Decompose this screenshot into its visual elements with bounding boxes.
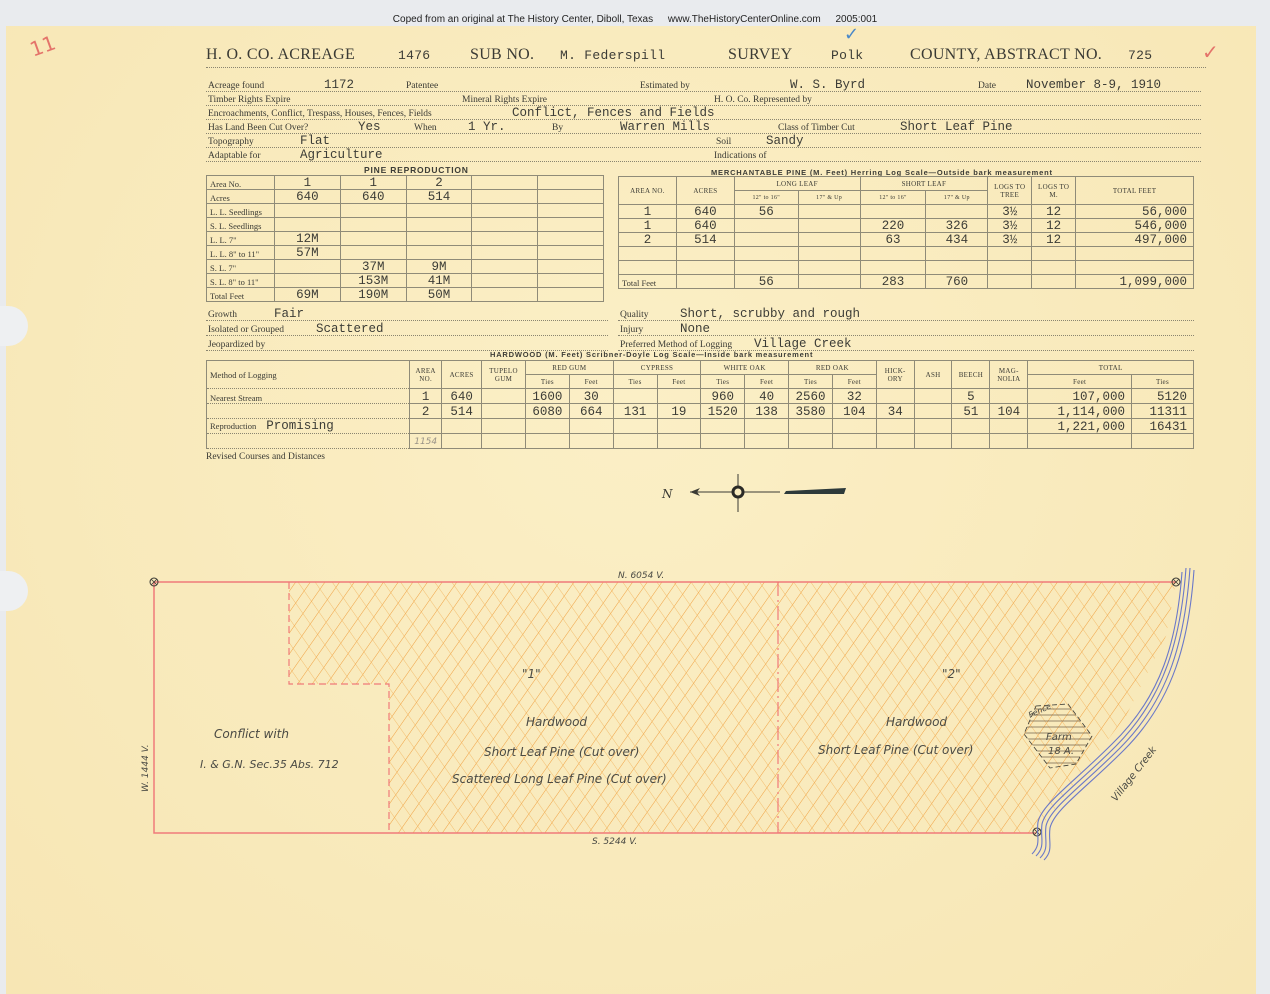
sub-no-label: SUB NO. — [470, 46, 534, 64]
cell-value — [538, 274, 604, 288]
date-label: Date — [978, 81, 996, 91]
cell-cy-feet — [657, 419, 701, 434]
injury-label: Injury — [620, 325, 643, 335]
cell-cy-feet — [657, 434, 701, 449]
cell-value — [472, 232, 538, 246]
cell-value: 50M — [406, 288, 472, 302]
pine-reproduction-table: Area No.112Acres640640514L. L. Seedlings… — [206, 175, 604, 302]
cell-magnolia — [990, 434, 1028, 449]
hw-col-tupelo-gum: TUPELO GUM — [482, 361, 526, 389]
cell-hickory — [876, 419, 914, 434]
cell-cy-ties — [613, 419, 657, 434]
cut-over-label: Has Land Been Cut Over? — [208, 123, 308, 133]
cell-value — [406, 232, 472, 246]
indications-of-label: Indications of — [714, 151, 767, 161]
cell-value — [274, 274, 340, 288]
cell-sl-12-16 — [860, 205, 926, 219]
hardwood-row: ReproductionPromising1,221,00016431 — [207, 419, 1194, 434]
binder-hole — [0, 306, 28, 346]
soil-value: Sandy — [766, 134, 804, 148]
cell-ll-12-16 — [734, 219, 798, 233]
cell-ll-12-16: 56 — [734, 205, 798, 219]
cell-area: 1 — [619, 205, 677, 219]
grand-total-feet: 1,099,000 — [1076, 275, 1194, 289]
cell-ro-ties: 3580 — [789, 404, 833, 419]
cell-wo-feet: 40 — [745, 389, 789, 404]
hw-sub-total-feet: Feet — [1028, 375, 1132, 389]
col-logs-to-tree: LOGS TO TREE — [988, 177, 1032, 205]
col-logs-to-m: LOGS TO M. — [1032, 177, 1076, 205]
row-cut-over: Has Land Been Cut Over? Yes When 1 Yr. B… — [206, 120, 1201, 134]
row-label: L. L. 7" — [207, 232, 275, 246]
cell-ll-12-16 — [734, 247, 798, 261]
row-label: S. L. 8" to 11" — [207, 274, 275, 288]
cell-logs-to-m: 12 — [1032, 205, 1076, 219]
cell-total: 546,000 — [1076, 219, 1194, 233]
pine-repro-row: L. L. 7"12M — [207, 232, 604, 246]
cell-value: 57M — [274, 246, 340, 260]
farm-label: Farm — [1046, 732, 1072, 743]
class-timber-cut-value: Short Leaf Pine — [900, 120, 1013, 134]
cell-ll-17-up — [798, 247, 860, 261]
row-preferred-logging: Preferred Method of Logging Village Cree… — [618, 337, 1194, 351]
mineral-rights-label: Mineral Rights Expire — [462, 95, 547, 105]
cell-cy-ties: 131 — [613, 404, 657, 419]
cell-total — [1076, 261, 1194, 275]
cell-beech — [952, 419, 990, 434]
cell-rg-feet — [569, 434, 613, 449]
cell-value: 640 — [340, 190, 406, 204]
pine-repro-row: Area No.112 — [207, 176, 604, 190]
area2-label: "2" — [942, 667, 961, 681]
cell-area — [619, 247, 677, 261]
cell-cy-ties — [613, 434, 657, 449]
col-ll-17-up: 17" & Up — [798, 191, 860, 205]
hardwood-title: HARDWOOD (M. Feet) Scribner-Doyle Log Sc… — [490, 350, 813, 359]
cell-value: 12M — [274, 232, 340, 246]
cell-value: 9M — [406, 260, 472, 274]
cell-value — [538, 260, 604, 274]
cell-acres — [442, 434, 482, 449]
cell-value — [274, 204, 340, 218]
hw-sub-feet: Feet — [832, 375, 876, 389]
total-sl-12-16: 283 — [860, 275, 926, 289]
cell-acres: 640 — [676, 219, 734, 233]
cell-cy-ties — [613, 389, 657, 404]
row-label: S. L. 7" — [207, 260, 275, 274]
cell-wo-feet — [745, 419, 789, 434]
cell-sl-17-up: 434 — [926, 233, 988, 247]
estimated-by-value: W. S. Byrd — [790, 78, 865, 92]
cell-sl-17-up — [926, 247, 988, 261]
blue-check-icon: ✓ — [844, 24, 859, 45]
method-of-logging-label: Method of Logging — [207, 361, 410, 389]
col-total-feet: TOTAL FEET — [1076, 177, 1194, 205]
cell-tupelo — [482, 419, 526, 434]
acreage-found-label: Acreage found — [208, 81, 264, 91]
cell-ro-ties — [789, 434, 833, 449]
cell-area: 2 — [410, 404, 442, 419]
row-jeopardized: Jeopardized by — [206, 337, 608, 351]
cell-area — [410, 419, 442, 434]
merchantable-pine-table: AREA NO. ACRES LONG LEAF SHORT LEAF LOGS… — [618, 176, 1194, 289]
cell-value — [472, 190, 538, 204]
cell-value — [274, 260, 340, 274]
cell-total: 497,000 — [1076, 233, 1194, 247]
cell-logs-to-tree: 3½ — [988, 219, 1032, 233]
cell-sl-12-16 — [860, 247, 926, 261]
row-topography: Topography Flat Soil Sandy — [206, 134, 1201, 148]
hw-sub-feet: Feet — [745, 375, 789, 389]
cell-hickory — [876, 389, 914, 404]
growth-label: Growth — [208, 310, 237, 320]
row-label: Total Feet — [207, 288, 275, 302]
row-label: L. L. 8" to 11" — [207, 246, 275, 260]
plat-map: N. 6054 V. S. 5244 V. W. 1444 V. Conflic… — [6, 556, 1256, 876]
cell-ll-12-16 — [734, 261, 798, 275]
preferred-logging-label: Preferred Method of Logging — [620, 340, 732, 350]
hardwood-left-label — [207, 404, 410, 419]
hardwood-table: Method of Logging AREA NO. ACRES TUPELO … — [206, 360, 1194, 449]
cell-beech: 51 — [952, 404, 990, 419]
caption-source: Coped from an original at The History Ce… — [393, 14, 653, 25]
cell-total — [1076, 247, 1194, 261]
col-sl-17-up: 17" & Up — [926, 191, 988, 205]
quality-value: Short, scrubby and rough — [680, 307, 860, 321]
merchantable-row — [619, 247, 1194, 261]
cell-ll-12-16 — [734, 233, 798, 247]
cell-value — [472, 260, 538, 274]
cell-ro-ties — [789, 419, 833, 434]
row-injury: Injury None — [618, 322, 1194, 336]
hw-col-red-oak: RED OAK — [789, 361, 877, 375]
cell-logs-to-m: 12 — [1032, 233, 1076, 247]
cell-ash — [914, 389, 952, 404]
cell-value — [340, 232, 406, 246]
cell-ro-feet: 32 — [832, 389, 876, 404]
cell-value — [406, 204, 472, 218]
cell-ll-17-up — [798, 261, 860, 275]
cell-value: 2 — [406, 176, 472, 190]
hw-sub-feet: Feet — [657, 375, 701, 389]
row-acreage-found: Acreage found 1172 Patentee Estimated by… — [206, 78, 1201, 92]
cell-empty — [1032, 275, 1076, 289]
north-side-label: N. 6054 V. — [618, 571, 664, 581]
cell-wo-ties — [701, 434, 745, 449]
row-label: Acres — [207, 190, 275, 204]
row-rights: Timber Rights Expire Mineral Rights Expi… — [206, 92, 1201, 106]
injury-value: None — [680, 322, 710, 336]
cell-value — [538, 288, 604, 302]
row-isolated: Isolated or Grouped Scattered — [206, 322, 608, 336]
encroachments-value: Conflict, Fences and Fields — [512, 106, 715, 120]
cell-value — [538, 176, 604, 190]
hw-col-area-no: AREA NO. — [410, 361, 442, 389]
cell-value — [538, 232, 604, 246]
encroachments-label: Encroachments, Conflict, Trespass, House… — [208, 109, 432, 119]
cell-total-feet: 1,114,000 — [1028, 404, 1132, 419]
cell-value: 640 — [274, 190, 340, 204]
reproduction-value: Promising — [266, 419, 334, 433]
cell-logs-to-m: 12 — [1032, 219, 1076, 233]
hardwood-row: 25146080664131191520138358010434511041,1… — [207, 404, 1194, 419]
hw-sub-ties: Ties — [789, 375, 833, 389]
area1-long-leaf: Scattered Long Leaf Pine (Cut over) — [452, 772, 667, 786]
cell-rg-ties — [525, 419, 569, 434]
cell-value — [538, 190, 604, 204]
cell-ro-ties: 2560 — [789, 389, 833, 404]
cell-hickory: 34 — [876, 404, 914, 419]
cell-value: 190M — [340, 288, 406, 302]
date-value: November 8-9, 1910 — [1026, 78, 1161, 92]
cell-value — [406, 246, 472, 260]
timber-rights-label: Timber Rights Expire — [208, 95, 291, 105]
cell-hickory — [876, 434, 914, 449]
cell-sl-12-16 — [860, 261, 926, 275]
hw-col-cypress: CYPRESS — [613, 361, 701, 375]
county-abstract-label: COUNTY, ABSTRACT NO. — [910, 46, 1102, 64]
total-ll-12-16: 56 — [734, 275, 798, 289]
cell-value: 1 — [274, 176, 340, 190]
caption-website: www.TheHistoryCenterOnline.com — [668, 14, 821, 25]
left-label-text: Nearest Stream — [210, 393, 262, 403]
cell-sl-12-16: 220 — [860, 219, 926, 233]
cell-value: 69M — [274, 288, 340, 302]
merchantable-row — [619, 261, 1194, 275]
cell-value — [538, 204, 604, 218]
abstract-no-value: 725 — [1128, 48, 1152, 63]
cell-value — [472, 288, 538, 302]
cell-sl-17-up: 326 — [926, 219, 988, 233]
when-value: 1 Yr. — [468, 120, 506, 134]
topography-label: Topography — [208, 137, 254, 147]
row-quality: Quality Short, scrubby and rough — [618, 307, 1194, 321]
hardwood-row: 1154 — [207, 434, 1194, 449]
hw-col-ash: ASH — [914, 361, 952, 389]
cell-wo-feet — [745, 434, 789, 449]
cell-cy-feet — [657, 389, 701, 404]
pine-repro-row: Acres640640514 — [207, 190, 604, 204]
cell-empty — [676, 275, 734, 289]
cell-rg-feet — [569, 419, 613, 434]
cell-ll-17-up — [798, 219, 860, 233]
row-label: Area No. — [207, 176, 275, 190]
merchantable-row: 1640563½1256,000 — [619, 205, 1194, 219]
cell-tupelo — [482, 434, 526, 449]
cell-rg-ties: 1600 — [525, 389, 569, 404]
hw-col-white-oak: WHITE OAK — [701, 361, 789, 375]
cell-rg-ties: 6080 — [525, 404, 569, 419]
red-margin-mark: 11 — [27, 30, 59, 61]
cell-value: 41M — [406, 274, 472, 288]
cell-logs-to-m — [1032, 247, 1076, 261]
cell-total-ties: 11311 — [1132, 404, 1194, 419]
cell-ash — [914, 419, 952, 434]
cell-area — [619, 261, 677, 275]
cell-total-feet: 107,000 — [1028, 389, 1132, 404]
cell-value — [340, 204, 406, 218]
hardwood-left-label — [207, 434, 410, 449]
cell-value — [472, 176, 538, 190]
cell-area: 1 — [410, 389, 442, 404]
merchantable-row: 2514634343½12497,000 — [619, 233, 1194, 247]
total-sl-17-up: 760 — [926, 275, 988, 289]
cell-acres — [676, 247, 734, 261]
cell-value — [340, 246, 406, 260]
cell-logs-to-tree: 3½ — [988, 233, 1032, 247]
hardwood-row: Nearest Stream1640160030960402560325107,… — [207, 389, 1194, 404]
hw-sub-feet: Feet — [569, 375, 613, 389]
hw-col-hickory: HICK-ORY — [876, 361, 914, 389]
col-sl-12-16: 12" to 16" — [860, 191, 926, 205]
hw-sub-ties: Ties — [613, 375, 657, 389]
survey-label: SURVEY — [728, 46, 793, 64]
cell-acres: 514 — [676, 233, 734, 247]
row-label: L. L. Seedlings — [207, 204, 275, 218]
cell-value — [274, 218, 340, 232]
cell-ro-feet — [832, 419, 876, 434]
conflict-label-2: I. & G.N. Sec.35 Abs. 712 — [200, 758, 339, 771]
cell-value — [472, 246, 538, 260]
pine-repro-row: S. L. 7"37M9M — [207, 260, 604, 274]
cell-value: 1 — [340, 176, 406, 190]
adaptable-for-value: Agriculture — [300, 148, 383, 162]
cell-wo-ties: 1520 — [701, 404, 745, 419]
south-side-label: S. 5244 V. — [592, 837, 637, 847]
cell-value — [340, 218, 406, 232]
area2-short-leaf: Short Leaf Pine (Cut over) — [818, 743, 973, 757]
county-value: Polk — [831, 48, 863, 63]
represented-by-label: H. O. Co. Represented by — [714, 95, 812, 105]
total-feet-label: Total Feet — [619, 275, 677, 289]
cell-value: 514 — [406, 190, 472, 204]
cell-logs-to-tree — [988, 261, 1032, 275]
cell-beech — [952, 434, 990, 449]
cell-value: 153M — [340, 274, 406, 288]
cell-value — [538, 246, 604, 260]
merchantable-row: 16402203263½12546,000 — [619, 219, 1194, 233]
col-long-leaf: LONG LEAF — [734, 177, 860, 191]
cell-total: 56,000 — [1076, 205, 1194, 219]
cell-logs-to-tree — [988, 247, 1032, 261]
pencil-note: 1154 — [410, 434, 442, 449]
pine-repro-row: S. L. 8" to 11"153M41M — [207, 274, 604, 288]
by-label: By — [552, 123, 563, 133]
estimated-by-label: Estimated by — [640, 81, 690, 91]
header-row: H. O. CO. ACREAGE 1476 SUB NO. M. Feders… — [206, 46, 1206, 68]
cell-magnolia — [990, 419, 1028, 434]
cell-value — [472, 204, 538, 218]
hw-col-magnolia: MAG-NOLIA — [990, 361, 1028, 389]
cell-total-ties: 16431 — [1132, 419, 1194, 434]
growth-value: Fair — [274, 307, 304, 321]
cell-sl-17-up — [926, 261, 988, 275]
hw-sub-ties: Ties — [525, 375, 569, 389]
topography-value: Flat — [300, 134, 330, 148]
cell-value: 37M — [340, 260, 406, 274]
cell-acres — [442, 419, 482, 434]
cell-ash — [914, 434, 952, 449]
cell-total-ties: 5120 — [1132, 389, 1194, 404]
pine-reproduction-title: PINE REPRODUCTION — [364, 165, 469, 175]
conflict-label-1: Conflict with — [214, 727, 289, 741]
archive-caption: Coped from an original at The History Ce… — [0, 14, 1270, 25]
cell-acres — [676, 261, 734, 275]
cell-wo-ties: 960 — [701, 389, 745, 404]
class-timber-cut-label: Class of Timber Cut — [778, 123, 855, 133]
north-arrow-icon: N — [646, 466, 866, 526]
cell-cy-feet: 19 — [657, 404, 701, 419]
cell-tupelo — [482, 404, 526, 419]
area2-hardwood: Hardwood — [886, 715, 947, 729]
cell-value — [538, 218, 604, 232]
cut-over-value: Yes — [358, 120, 381, 134]
hw-sub-ties: Ties — [701, 375, 745, 389]
cell-value — [472, 218, 538, 232]
hardwood-left-label: Nearest Stream — [207, 389, 410, 404]
col-short-leaf: SHORT LEAF — [860, 177, 988, 191]
sub-no-value: M. Federspill — [560, 48, 665, 63]
cell-ll-17-up — [798, 205, 860, 219]
creek-label: Village Creek — [1110, 744, 1160, 804]
cell-logs-to-tree: 3½ — [988, 205, 1032, 219]
cell-acres: 640 — [442, 389, 482, 404]
patentee-label: Patentee — [406, 81, 438, 91]
cell-total-ties — [1132, 434, 1194, 449]
pine-repro-row: L. L. 8" to 11"57M — [207, 246, 604, 260]
row-encroachments: Encroachments, Conflict, Trespass, House… — [206, 106, 1201, 120]
row-adaptable: Adaptable for Agriculture Indications of — [206, 148, 1201, 162]
revised-courses-label: Revised Courses and Distances — [206, 452, 325, 462]
cell-magnolia: 104 — [990, 404, 1028, 419]
hw-col-total: TOTAL — [1028, 361, 1194, 375]
cell-wo-ties — [701, 419, 745, 434]
cell-ash — [914, 404, 952, 419]
hardwood-left-label: ReproductionPromising — [207, 419, 410, 434]
cell-wo-feet: 138 — [745, 404, 789, 419]
col-area-no: AREA NO. — [619, 177, 677, 205]
cell-total-feet — [1028, 434, 1132, 449]
cell-ro-feet — [832, 434, 876, 449]
cell-area: 1 — [619, 219, 677, 233]
jeopardized-label: Jeopardized by — [208, 340, 265, 350]
hw-sub-total-ties: Ties — [1132, 375, 1194, 389]
north-label: N — [661, 487, 673, 501]
left-label-text: Reproduction — [210, 421, 256, 431]
pine-repro-row: S. L. Seedlings — [207, 218, 604, 232]
cell-rg-ties — [525, 434, 569, 449]
cell-tupelo — [482, 389, 526, 404]
cell-logs-to-m — [1032, 261, 1076, 275]
preferred-logging-value: Village Creek — [754, 337, 852, 351]
hw-col-red-gum: RED GUM — [525, 361, 613, 375]
row-growth: Growth Fair — [206, 307, 608, 321]
cell-rg-feet: 30 — [569, 389, 613, 404]
pine-repro-row: Total Feet69M190M50M — [207, 288, 604, 302]
by-value: Warren Mills — [620, 120, 710, 134]
hw-col-acres: ACRES — [442, 361, 482, 389]
area1-label: "1" — [522, 667, 541, 681]
acreage-label: H. O. CO. ACREAGE — [206, 46, 355, 64]
cell-acres: 514 — [442, 404, 482, 419]
cell-value — [472, 274, 538, 288]
col-acres: ACRES — [676, 177, 734, 205]
soil-label: Soil — [716, 137, 731, 147]
quality-label: Quality — [620, 310, 649, 320]
timber-estimate-sheet: 11 ✓ ✓ H. O. CO. ACREAGE 1476 SUB NO. M.… — [6, 26, 1256, 994]
cell-ll-17-up — [798, 233, 860, 247]
cell-total-feet: 1,221,000 — [1028, 419, 1132, 434]
